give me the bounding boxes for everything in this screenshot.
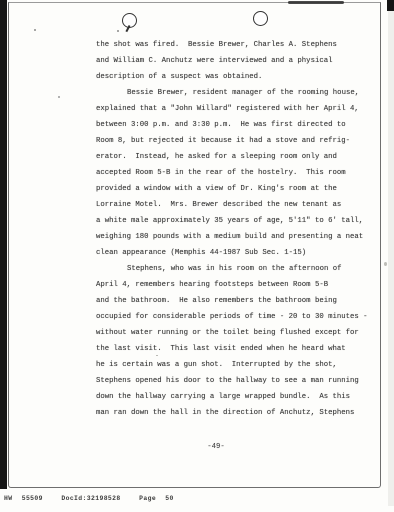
- text-line: Stephens, who was in his room on the aft…: [96, 261, 378, 277]
- scan-speck: [58, 96, 60, 98]
- text-line: without water running or the toilet bein…: [96, 325, 378, 341]
- text-line: and the bathroom. He also remembers the …: [96, 293, 378, 309]
- text-line: Stephens opened his door to the hallway …: [96, 373, 378, 389]
- text-line: April 4, remembers hearing footsteps bet…: [96, 277, 378, 293]
- text-line: man ran down the hall in the direction o…: [96, 405, 378, 421]
- hole-punch-icon: [122, 13, 137, 28]
- page-number: -49-: [196, 443, 236, 451]
- document-text: the shot was fired. Bessie Brewer, Charl…: [96, 37, 378, 421]
- scanned-page: the shot was fired. Bessie Brewer, Charl…: [0, 0, 394, 512]
- text-line: clean appearance (Memphis 44-1987 Sub Se…: [96, 245, 378, 261]
- hole-punch-icon: [253, 11, 268, 26]
- text-line: weighing 180 pounds with a medium build …: [96, 229, 378, 245]
- text-line: between 3:00 p.m. and 3:30 p.m. He was f…: [96, 117, 378, 133]
- scan-smear: [288, 1, 344, 4]
- scan-speck: [34, 29, 36, 31]
- text-line: provided a window with a view of Dr. Kin…: [96, 181, 378, 197]
- scan-speck: [117, 30, 119, 32]
- text-line: erator. Instead, he asked for a sleeping…: [96, 149, 378, 165]
- text-line: he is certain was a gun shot. Interrupte…: [96, 357, 378, 373]
- scan-corner-mark: [387, 0, 394, 11]
- text-line: and William C. Anchutz were interviewed …: [96, 53, 378, 69]
- scan-edge-left: [0, 0, 7, 489]
- text-line: the shot was fired. Bessie Brewer, Charl…: [96, 37, 378, 53]
- text-line: the last visit. This last visit ended wh…: [96, 341, 378, 357]
- text-line: accepted Room 5-B in the rear of the hos…: [96, 165, 378, 181]
- text-line: description of a suspect was obtained.: [96, 69, 378, 85]
- text-line: down the hallway carrying a large wrappe…: [96, 389, 378, 405]
- scan-speck: [384, 262, 387, 266]
- scan-edge-right: [388, 0, 394, 506]
- text-line: a white male approximately 35 years of a…: [96, 213, 378, 229]
- text-line: Bessie Brewer, resident manager of the r…: [96, 85, 378, 101]
- text-line: explained that a "John Willard" register…: [96, 101, 378, 117]
- text-line: Room 8, but rejected it because it had a…: [96, 133, 378, 149]
- scan-speck: [156, 355, 158, 356]
- text-line: Lorraine Motel. Mrs. Brewer described th…: [96, 197, 378, 213]
- text-line: occupied for considerable periods of tim…: [96, 309, 378, 325]
- release-stamp-footer: HW 55509 DocId:32198528 Page 50: [4, 495, 174, 502]
